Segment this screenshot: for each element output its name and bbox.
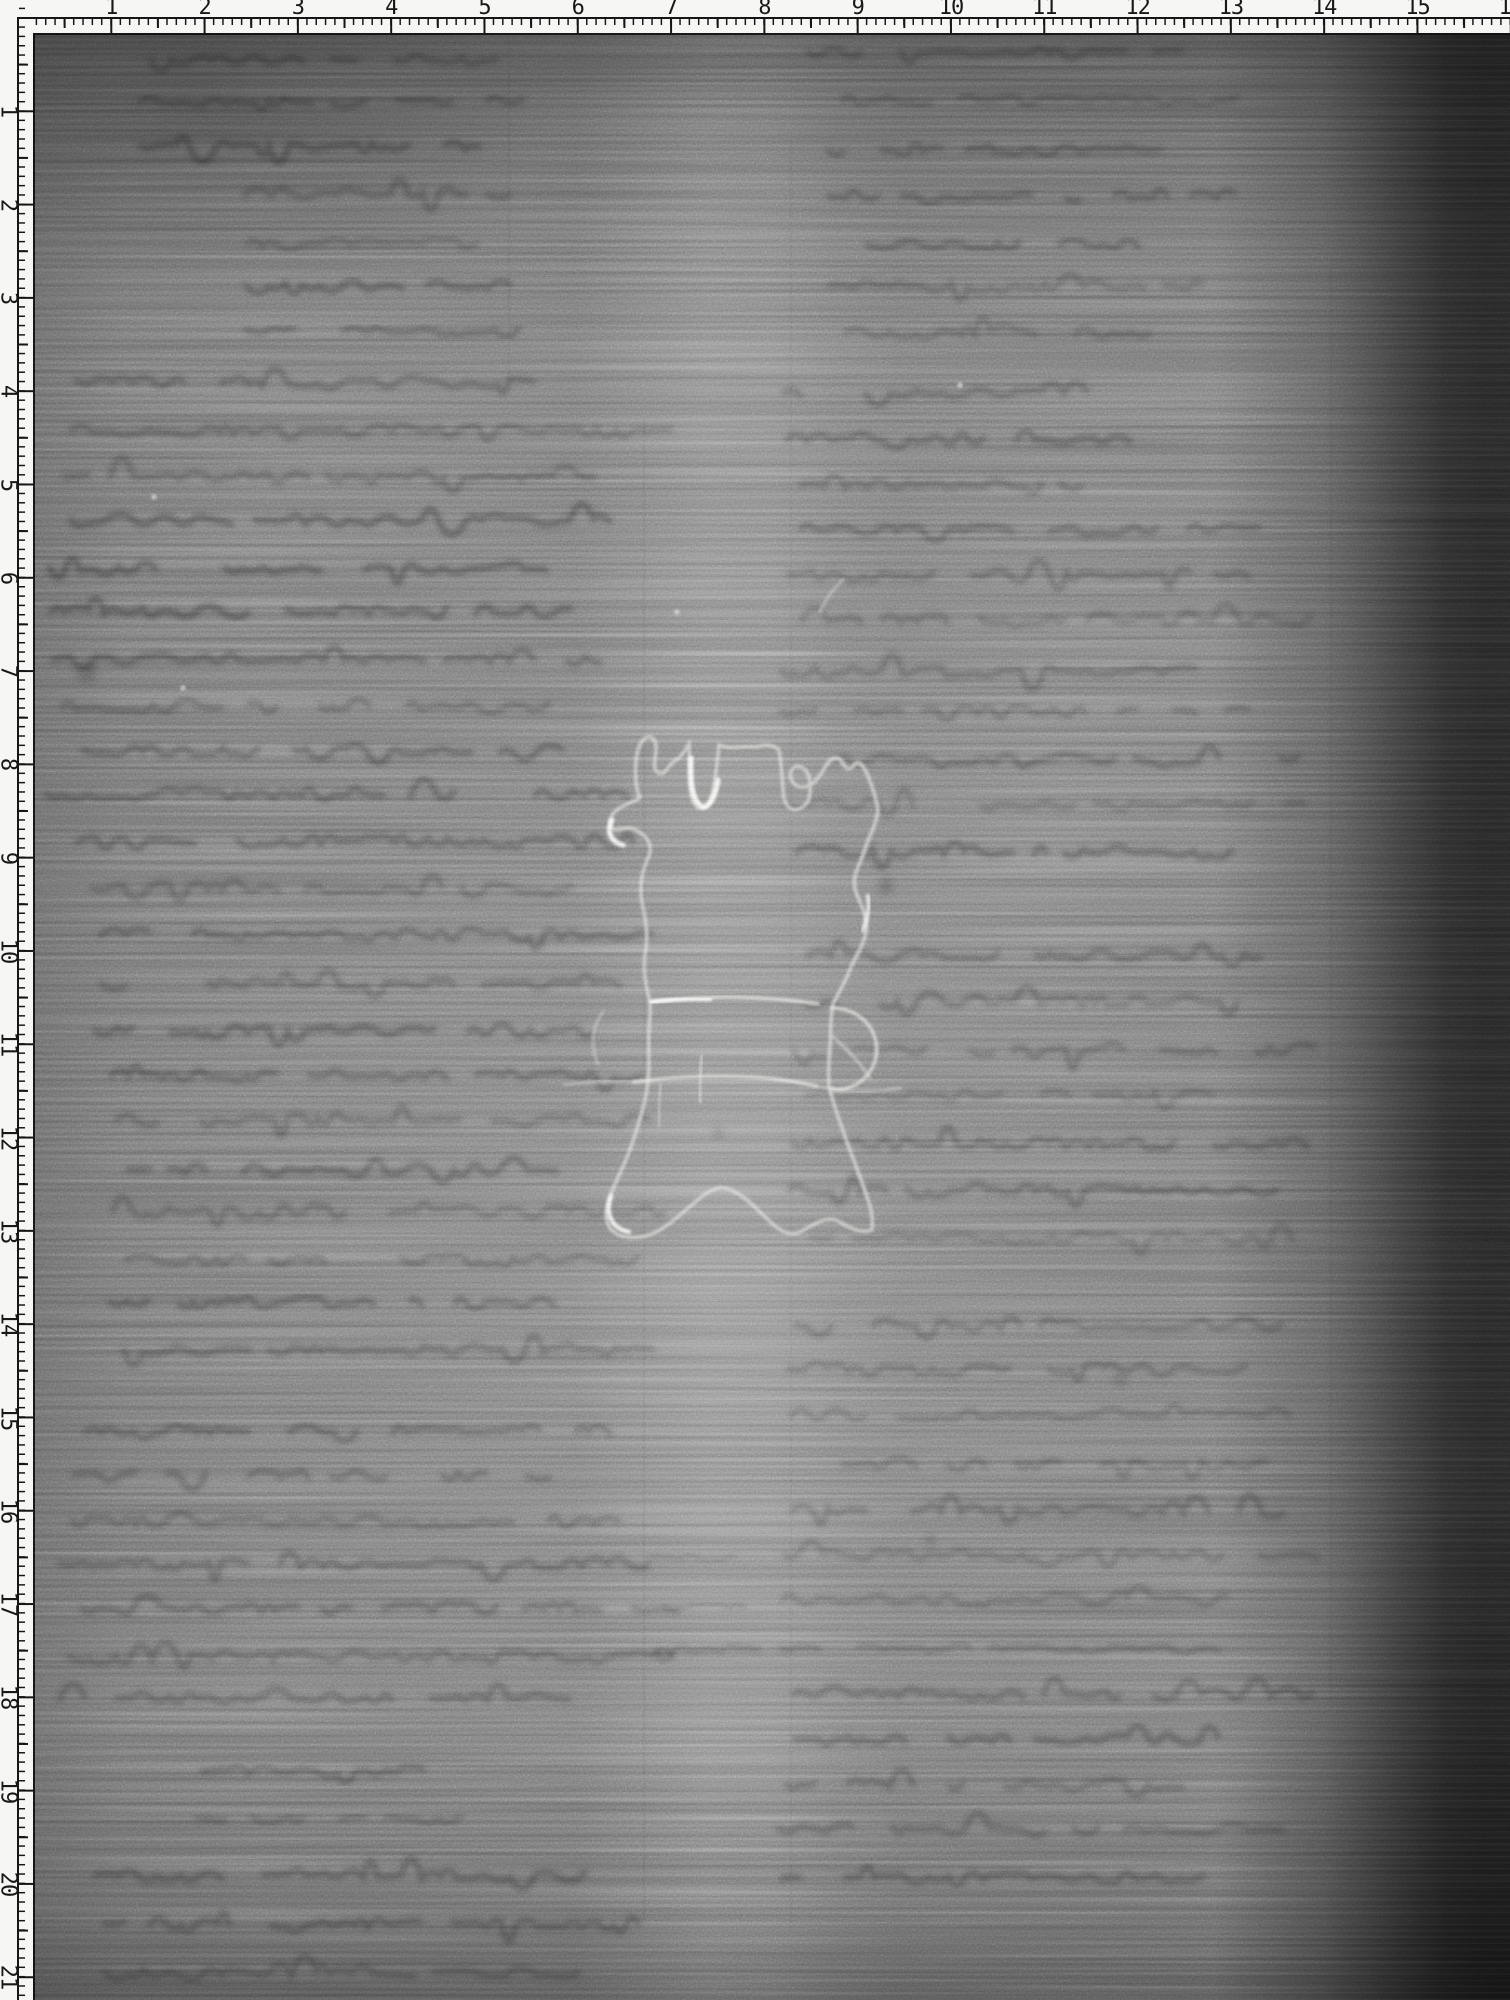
ruler-left-label: 12: [0, 1125, 17, 1150]
script-line: [78, 833, 633, 849]
ruler-top-label: 11: [1032, 0, 1057, 16]
ruler-left-label: 1: [0, 105, 17, 117]
script-line: [73, 1470, 549, 1490]
script-line: [843, 95, 1236, 106]
script-line: [829, 189, 1235, 203]
script-line: [101, 929, 681, 949]
script-line: [780, 1644, 1219, 1655]
film-grain-texture: [33, 33, 1510, 2000]
script-line: [782, 654, 1229, 689]
script-line: [117, 1107, 648, 1137]
faint-handwriting-layer: [47, 40, 1333, 1980]
ruler-left-label: 8: [0, 758, 17, 770]
script-line: [101, 970, 620, 997]
ruler-left-label: 20: [0, 1872, 17, 1897]
ruler-top-label: 2: [198, 0, 210, 16]
script-line: [71, 504, 636, 534]
script-line: [140, 97, 522, 110]
script-line: [783, 1586, 1227, 1605]
script-line: [62, 699, 548, 713]
script-line: [788, 1363, 1318, 1381]
horizontal-streak-texture: [33, 33, 1510, 2000]
script-line: [794, 1127, 1307, 1149]
script-line: [784, 1541, 1318, 1566]
ruler-top-label: 13: [1219, 0, 1244, 16]
script-line: [785, 383, 1123, 406]
script-line: [796, 1317, 1281, 1338]
script-line: [110, 1296, 554, 1308]
bright-speck: [152, 495, 157, 500]
script-line: [795, 1726, 1217, 1745]
ruler-top-label: 14: [1312, 0, 1337, 16]
sketch-outline-path: [820, 580, 843, 612]
ruler-top-label: 1: [105, 0, 117, 16]
script-line: [124, 1335, 653, 1365]
script-line: [868, 239, 1159, 249]
script-line: [105, 1913, 639, 1942]
ruler-top-label: 16: [1499, 0, 1510, 16]
sketch-outline-path: [634, 1076, 816, 1086]
sketch-outline-path: [691, 758, 718, 807]
script-line: [73, 1513, 619, 1528]
script-line: [77, 369, 534, 394]
ruler-left-label: 16: [0, 1499, 17, 1524]
script-line: [794, 1044, 1313, 1070]
column-rule-line: [643, 420, 645, 1920]
ruler-left-label: 7: [0, 665, 17, 677]
scanline-texture: [33, 33, 1510, 2000]
sketch-outline-path: [832, 1008, 877, 1090]
script-line: [151, 55, 530, 71]
script-line: [60, 1552, 648, 1580]
script-line: [112, 1066, 641, 1090]
ruler-top-label: 6: [572, 0, 584, 16]
manuscript-scan-viewport: 012345678910111213141516 123456789101112…: [0, 0, 1510, 2000]
script-line: [245, 179, 509, 209]
ink-spot: [713, 1127, 723, 1137]
script-line: [649, 1554, 736, 1561]
sketch-outline-path: [593, 1012, 603, 1064]
script-line: [83, 744, 562, 763]
script-line: [830, 274, 1236, 300]
sketch-outline-path: [652, 999, 710, 1002]
ruler-left-label: 11: [0, 1032, 17, 1057]
script-line: [790, 1176, 1277, 1206]
script-line: [809, 47, 1181, 62]
ruler-left-label: 4: [0, 385, 17, 397]
ruler-top-label: 9: [852, 0, 864, 16]
ink-spot: [1113, 1373, 1127, 1387]
script-line: [657, 1646, 759, 1661]
script-line: [246, 280, 509, 294]
ruler-left-label: 5: [0, 478, 17, 490]
sketch-outline-path: [606, 737, 878, 1238]
script-line: [787, 1770, 1219, 1796]
column-rule-line: [790, 140, 792, 1930]
script-line: [781, 706, 1274, 720]
ruler-vertical-cm: 123456789101112131415161718192021: [0, 0, 33, 2000]
sketch-outline-path: [609, 820, 623, 845]
ruler-top-label: 12: [1125, 0, 1150, 16]
ink-spot: [77, 662, 97, 682]
script-line: [95, 1024, 592, 1045]
script-line: [71, 424, 670, 440]
ruler-top-label: 0: [12, 0, 24, 16]
script-line: [846, 318, 1150, 338]
manuscript-page-photo: [33, 33, 1510, 2000]
script-line: [829, 143, 1160, 156]
script-line: [782, 1867, 1203, 1886]
column-rule-line: [1330, 260, 1332, 1700]
script-line: [802, 605, 1310, 626]
sketch-outline-path: [651, 997, 818, 1004]
sketch-outline-path: [564, 1081, 634, 1085]
ruler-left-label: 6: [0, 572, 17, 584]
ruler-top-label: 5: [478, 0, 490, 16]
script-line: [800, 475, 1080, 493]
ruler-top-label: 10: [939, 0, 964, 16]
script-line: [105, 1956, 579, 1980]
bright-speck: [675, 610, 680, 615]
script-line: [60, 1684, 569, 1703]
ruler-left-label: 3: [0, 292, 17, 304]
script-line: [664, 1604, 745, 1610]
ruler-left-label: 18: [0, 1685, 17, 1710]
sketch-outline-path: [863, 896, 869, 930]
script-line: [96, 1858, 586, 1889]
ruler-top-label: 3: [292, 0, 304, 16]
script-line: [113, 1197, 664, 1226]
sketch-outline-path: [609, 1196, 629, 1232]
script-line: [86, 1425, 610, 1441]
script-line: [791, 1405, 1289, 1420]
script-line: [51, 598, 613, 617]
ruler-top-label: 7: [665, 0, 677, 16]
sketch-outline-path: [659, 1084, 661, 1126]
ruler-left-label: 9: [0, 852, 17, 864]
ruler-left-label: 21: [0, 1965, 17, 1990]
blemish-layer: [77, 383, 1127, 1547]
script-line: [811, 1224, 1293, 1254]
column-rule-line: [508, 40, 510, 380]
lighting-vignette: [33, 33, 1510, 2000]
script-line: [93, 875, 601, 901]
ruler-top-label: 4: [385, 0, 397, 16]
script-line: [794, 1678, 1311, 1699]
script-line: [801, 524, 1259, 541]
sketch-outline-path: [832, 1036, 870, 1078]
ruler-horizontal-cm: 012345678910111213141516: [0, 0, 1510, 33]
script-line: [843, 1458, 1265, 1477]
script-line: [808, 941, 1260, 965]
script-line: [203, 1767, 424, 1783]
script-line: [248, 238, 519, 250]
ink-spot: [878, 878, 894, 894]
script-line: [786, 788, 1327, 816]
script-line: [127, 1255, 638, 1267]
script-line: [787, 431, 1130, 449]
bright-speck: [958, 383, 963, 388]
ruler-left-label: 2: [0, 198, 17, 210]
ruler-left-label: 15: [0, 1405, 17, 1430]
script-line: [82, 1596, 678, 1615]
script-line: [50, 559, 546, 583]
white-outline-sketch: [564, 580, 900, 1237]
script-line: [246, 327, 518, 337]
bright-speck: [181, 686, 186, 691]
sketch-outline-path: [816, 1086, 900, 1091]
script-line: [792, 1494, 1283, 1524]
script-line: [141, 137, 479, 163]
script-line: [53, 647, 600, 668]
page-artwork: [0, 0, 1510, 2000]
script-line: [796, 843, 1232, 868]
script-line: [804, 987, 1237, 1014]
script-line: [837, 746, 1298, 767]
ruler-left-label: 14: [0, 1312, 17, 1337]
script-line: [128, 1158, 557, 1182]
ruler-left-label: 17: [0, 1592, 17, 1617]
script-line: [65, 458, 594, 492]
script-line: [69, 1643, 673, 1668]
ink-spot: [924, 1534, 936, 1546]
ruler-top-label: 8: [758, 0, 770, 16]
script-line: [198, 1815, 460, 1824]
ruler-left-label: 10: [0, 939, 17, 964]
script-line: [47, 779, 628, 800]
script-line: [778, 1813, 1282, 1836]
ruler-left-label: 19: [0, 1778, 17, 1803]
ruler-top-label: 15: [1405, 0, 1430, 16]
sketch-outline-path: [700, 1056, 702, 1102]
ruler-left-label: 13: [0, 1219, 17, 1244]
script-line: [788, 560, 1269, 589]
script-line: [807, 1091, 1212, 1109]
